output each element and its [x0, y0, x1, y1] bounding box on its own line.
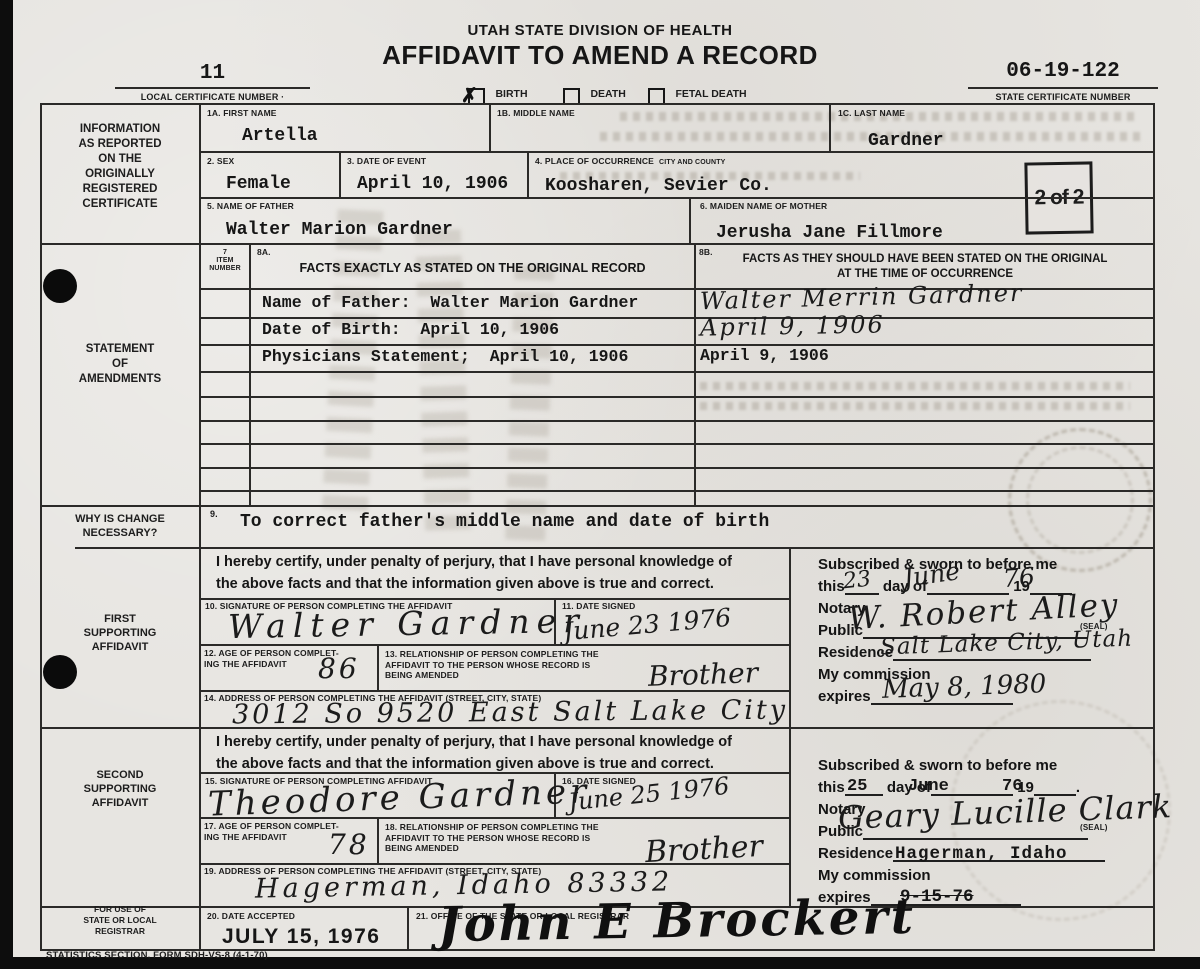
scan-edge-left: [0, 0, 13, 969]
form-line: [377, 644, 379, 690]
form-line: [200, 317, 1155, 319]
affidavit2-relationship: Brother: [644, 829, 764, 870]
affidavit2-age-label: 17. AGE OF PERSON COMPLET- ING THE AFFID…: [204, 821, 339, 842]
form-line: [200, 490, 1155, 492]
item-number-column-label: 7 ITEM NUMBER: [200, 249, 250, 273]
form-line: [200, 344, 1155, 346]
form-line: [249, 243, 251, 505]
section-label-information: INFORMATION AS REPORTED ON THE ORIGINALL…: [40, 122, 200, 212]
form-line: [40, 727, 1155, 729]
form-line: [689, 197, 691, 243]
amendment-corrected-2: April 9, 1906: [700, 310, 885, 341]
registrar-signature: John E Brockert: [438, 889, 917, 953]
form-line: [75, 547, 1155, 549]
notary1-day: 23: [842, 567, 872, 595]
date-accepted-label: 20. DATE ACCEPTED: [207, 911, 295, 922]
col-8b-title: FACTS AS THEY SHOULD HAVE BEEN STATED ON…: [700, 252, 1150, 282]
death-checkbox-label: DEATH: [590, 88, 625, 100]
hole-punch: [43, 269, 77, 303]
place-of-occurrence-label: 4. PLACE OF OCCURRENCE CITY AND COUNTY: [535, 156, 725, 169]
local-certificate-label: LOCAL CERTIFICATE NUMBER ·: [115, 92, 310, 103]
notary2-day: 25: [847, 777, 867, 796]
section-label-second-affidavit: SECOND SUPPORTING AFFIDAVIT: [40, 768, 200, 810]
col-8a-title: FACTS EXACTLY AS STATED ON THE ORIGINAL …: [255, 261, 690, 275]
sex-label: 2. SEX: [207, 156, 234, 167]
state-certificate-number: 06-19-122: [968, 60, 1158, 83]
reason-tag: 9.: [210, 509, 218, 520]
checkbox-birth: ✗ BIRTH: [468, 88, 528, 110]
section-label-why: WHY IS CHANGE NECESSARY?: [40, 512, 200, 540]
form-line: [694, 243, 696, 505]
bleed-through-text: [700, 402, 1130, 410]
form-line: [42, 103, 1155, 105]
page-title: AFFIDAVIT TO AMEND A RECORD: [250, 40, 950, 71]
form-line: [527, 151, 529, 197]
affidavit1-address: 3012 So 9520 East Salt Lake City: [232, 695, 788, 731]
form-line: [200, 467, 1155, 469]
bleed-through-text: [700, 382, 1130, 390]
mother-name-value: Jerusha Jane Fillmore: [716, 223, 943, 243]
affidavit1-age: 86: [318, 652, 360, 685]
birth-checkbox-label: BIRTH: [495, 88, 527, 100]
affidavit2-age: 78: [328, 828, 370, 861]
local-certificate-number: 11: [115, 62, 310, 85]
certification2-line-1: I hereby certify, under penalty of perju…: [216, 734, 732, 750]
form-line: [200, 598, 790, 600]
notary2-commission-word: My commission: [818, 867, 931, 884]
date-of-event-label: 3. DATE OF EVENT: [347, 156, 426, 167]
form-line: [200, 371, 1155, 373]
father-name-label: 5. NAME OF FATHER: [207, 201, 294, 212]
form-line: [40, 505, 1155, 507]
notary1-expires: May 8, 1980: [882, 669, 1047, 705]
affidavit1-signature: Walter Gardner: [228, 601, 586, 646]
middle-name-label: 1B. MIDDLE NAME: [497, 108, 575, 119]
affidavit1-date-label: 11. DATE SIGNED: [562, 601, 635, 612]
form-id: STATISTICS SECTION, FORM SDH-VS-8 (4-1-7…: [46, 951, 268, 962]
affidavit1-relationship: Brother: [647, 656, 758, 693]
first-name-label: 1A. FIRST NAME: [207, 108, 277, 119]
place-sublabel: CITY AND COUNTY: [659, 159, 725, 166]
father-name-value: Walter Marion Gardner: [226, 220, 453, 240]
form-line: [829, 103, 831, 151]
first-name-value: Artella: [242, 126, 318, 146]
notary2-month: June: [908, 777, 949, 796]
certification2-line-2: the above facts and that the information…: [216, 756, 714, 772]
affidavit1-relationship-label: 13. RELATIONSHIP OF PERSON COMPLETING TH…: [385, 649, 599, 681]
form-line: [407, 906, 409, 949]
date-accepted-value: JULY 15, 1976: [222, 925, 380, 949]
form-line: [789, 547, 791, 906]
ghost-notary-seal-inner: [1026, 446, 1134, 554]
last-name-label: 1C. LAST NAME: [838, 108, 905, 119]
section-label-statement: STATEMENT OF AMENDMENTS: [40, 342, 200, 387]
form-line: [200, 396, 1155, 398]
form-line: [339, 151, 341, 197]
notary2-seal-label: (SEAL): [1080, 823, 1108, 834]
amendment-original-2: Date of Birth: April 10, 1906: [262, 320, 559, 339]
amendment-original-3: Physicians Statement; April 10, 1906: [262, 347, 628, 366]
form-line: [200, 197, 1155, 199]
hole-punch: [43, 655, 77, 689]
state-certificate-underline: [968, 87, 1158, 89]
date-of-event-value: April 10, 1906: [357, 174, 508, 194]
agency-name: UTAH STATE DIVISION OF HEALTH: [300, 22, 900, 39]
form-line: [200, 443, 1155, 445]
amendment-original-1: Name of Father: Walter Marion Gardner: [262, 293, 638, 312]
col-8a-tag: 8A.: [257, 247, 271, 258]
checkbox-fetal-death: FETAL DEATH: [648, 88, 747, 110]
form-line: [200, 151, 1155, 153]
amendment-corrected-3: April 9, 1906: [700, 346, 829, 365]
certification-line-1: I hereby certify, under penalty of perju…: [216, 554, 732, 570]
sex-value: Female: [226, 174, 291, 194]
reason-value: To correct father's middle name and date…: [240, 512, 769, 532]
state-certificate-label: STATE CERTIFICATE NUMBER: [968, 92, 1158, 103]
section-label-first-affidavit: FIRST SUPPORTING AFFIDAVIT: [40, 612, 200, 654]
notary2-sworn-line: Subscribed & sworn to before me: [818, 757, 1057, 774]
form-line: [377, 817, 379, 863]
checkbox-death: DEATH: [563, 88, 626, 110]
last-name-value: Gardner: [868, 131, 944, 151]
notary2-residence: Hagerman, Idaho: [895, 844, 1068, 864]
place-of-occurrence-value: Koosharen, Sevier Co.: [545, 176, 772, 196]
mother-name-label: 6. MAIDEN NAME OF MOTHER: [700, 201, 827, 212]
ghost-notary-seal: [1008, 428, 1152, 572]
form-line: [489, 103, 491, 151]
certification-line-2: the above facts and that the information…: [216, 576, 714, 592]
form-line: [40, 243, 1155, 245]
notary1-year: 76: [1002, 562, 1036, 593]
local-certificate-underline: [115, 87, 310, 89]
section-label-registrar-use: FOR USE OF STATE OR LOCAL REGISTRAR: [40, 904, 200, 937]
form-line: [200, 420, 1155, 422]
affidavit2-relationship-label: 18. RELATIONSHIP OF PERSON COMPLETING TH…: [385, 822, 599, 854]
amendment-corrected-1: Walter Merrin Gardner: [700, 279, 1024, 315]
fetal-death-checkbox-label: FETAL DEATH: [675, 88, 746, 100]
scanned-affidavit-document: UTAH STATE DIVISION OF HEALTH AFFIDAVIT …: [0, 0, 1200, 969]
